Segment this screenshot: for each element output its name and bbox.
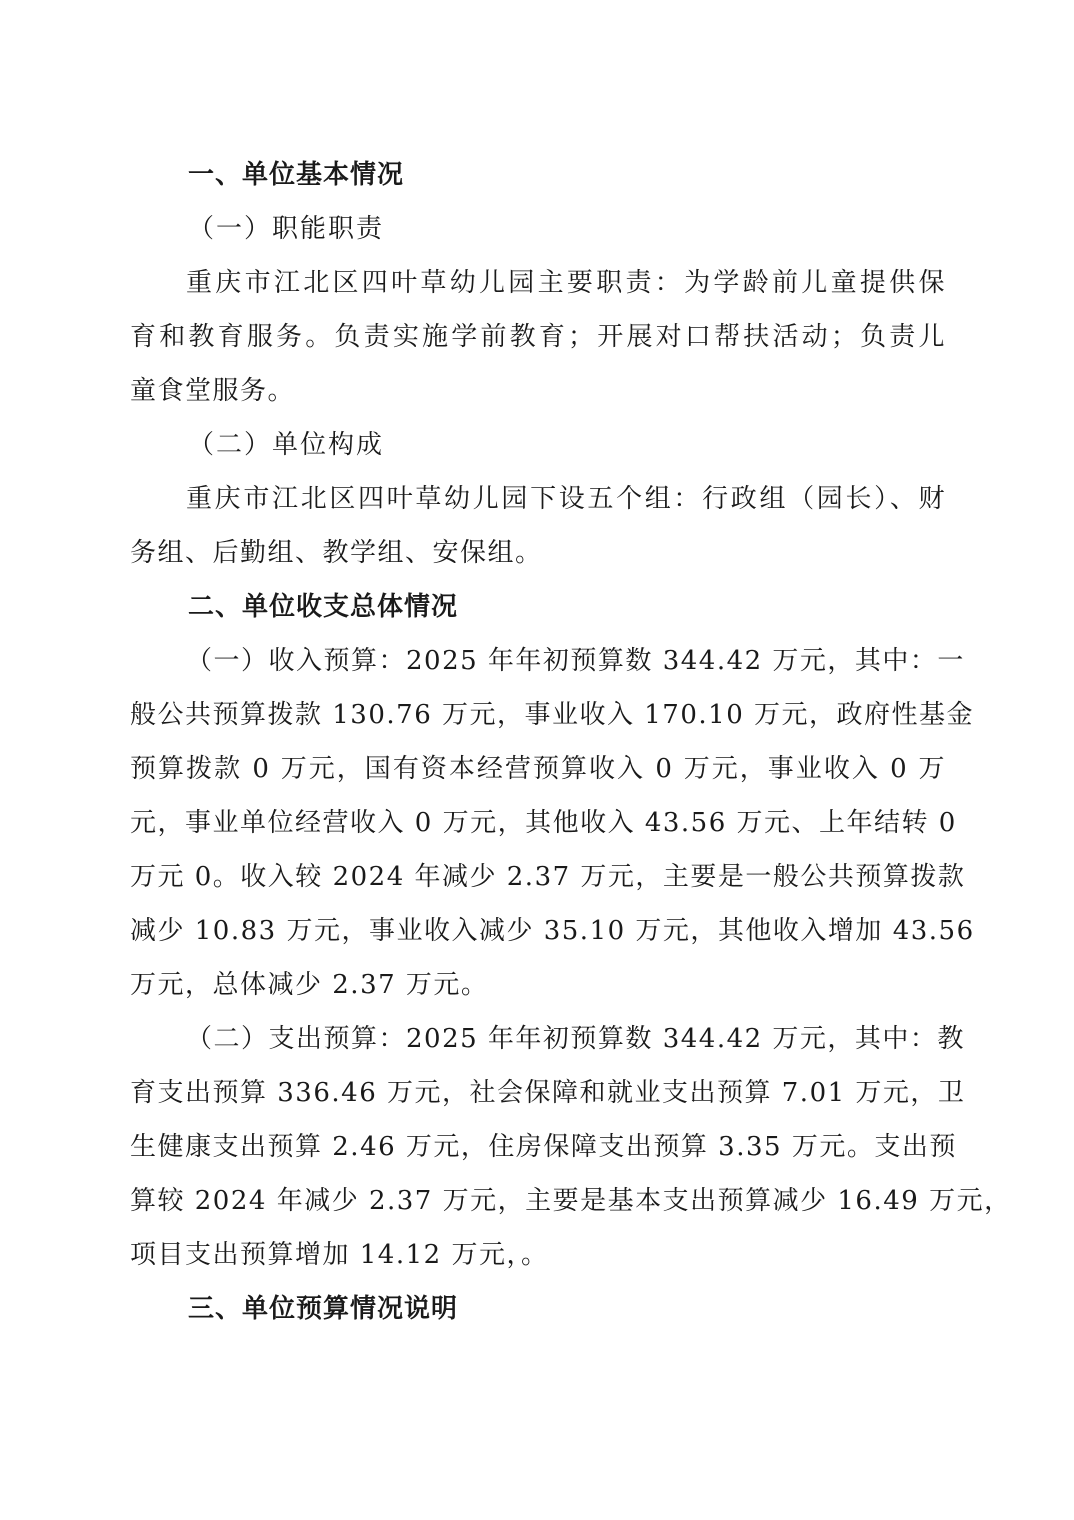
paragraph-line: 童食堂服务。	[130, 364, 295, 418]
paragraph-line: 万元，总体减少 2.37 万元。	[130, 958, 488, 1012]
paragraph-line: 育和教育服务。负责实施学前教育；开展对口帮扶活动；负责儿	[130, 310, 946, 364]
paragraph-line: 重庆市江北区四叶草幼儿园下设五个组：行政组（园长）、财	[186, 472, 946, 526]
paragraph-line: 项目支出预算增加 14.12 万元，。	[130, 1228, 548, 1282]
paragraph-line: （二）支出预算：2025 年年初预算数 344.42 万元，其中：教	[186, 1012, 946, 1066]
subsection-title-duties: （一）职能职责	[188, 202, 384, 256]
section-heading-1: 一、单位基本情况	[188, 148, 404, 202]
paragraph-line: 重庆市江北区四叶草幼儿园主要职责：为学龄前儿童提供保	[186, 256, 946, 310]
paragraph-line: 元，事业单位经营收入 0 万元，其他收入 43.56 万元、上年结转 0	[130, 796, 946, 850]
paragraph-line: 减少 10.83 万元，事业收入减少 35.10 万元，其他收入增加 43.56	[130, 904, 946, 958]
paragraph-line: 育支出预算 336.46 万元，社会保障和就业支出预算 7.01 万元，卫	[130, 1066, 946, 1120]
paragraph-line: 算较 2024 年减少 2.37 万元，主要是基本支出预算减少 16.49 万元…	[130, 1174, 946, 1228]
subsection-title-structure: （二）单位构成	[188, 418, 384, 472]
paragraph-line: 务组、后勤组、教学组、安保组。	[130, 526, 543, 580]
paragraph-line: 预算拨款 0 万元，国有资本经营预算收入 0 万元，事业收入 0 万	[130, 742, 946, 796]
paragraph-line: 万元 0。收入较 2024 年减少 2.37 万元，主要是一般公共预算拨款	[130, 850, 946, 904]
paragraph-line: （一）收入预算：2025 年年初预算数 344.42 万元，其中：一	[186, 634, 946, 688]
paragraph-line: 般公共预算拨款 130.76 万元，事业收入 170.10 万元，政府性基金	[130, 688, 946, 742]
section-heading-2: 二、单位收支总体情况	[188, 580, 458, 634]
section-heading-3: 三、单位预算情况说明	[188, 1282, 458, 1336]
paragraph-line: 生健康支出预算 2.46 万元，住房保障支出预算 3.35 万元。支出预	[130, 1120, 946, 1174]
